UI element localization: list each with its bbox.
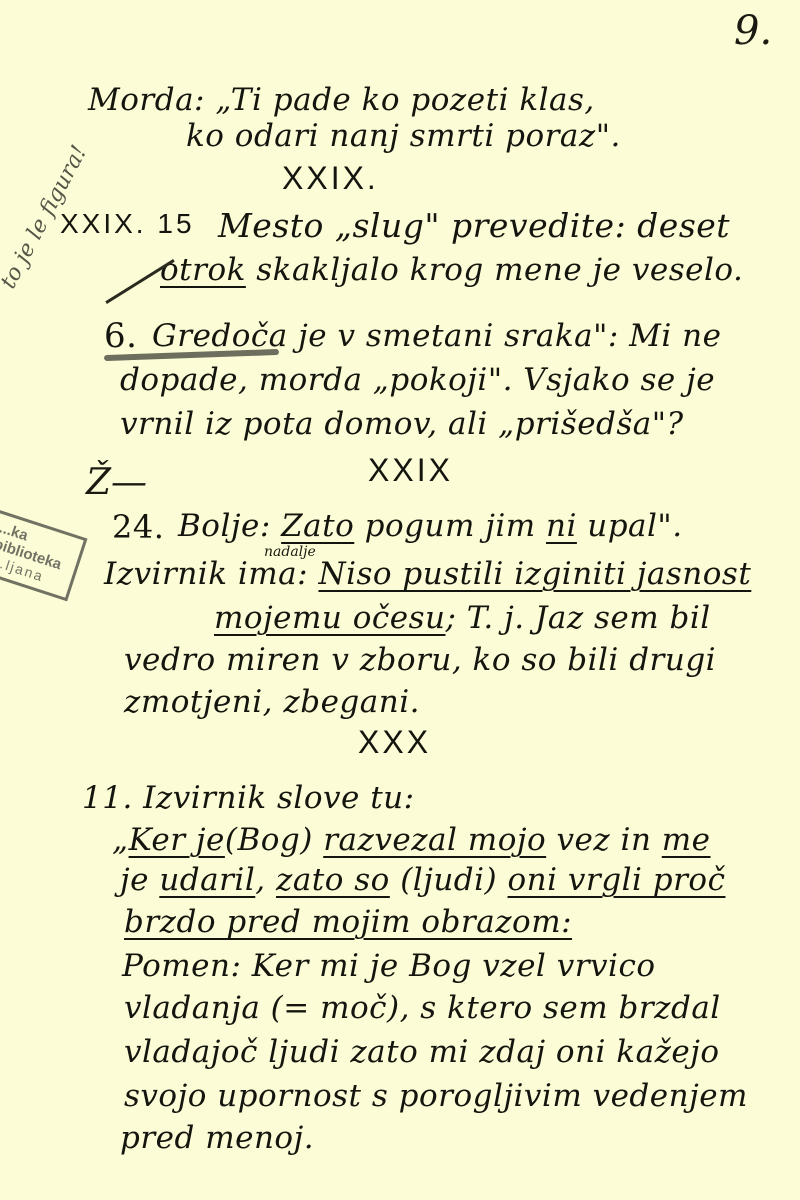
text-line: mojemu očesu; T. j. Jaz sem bil: [214, 600, 711, 636]
text-line: zmotjeni, zbegani.: [124, 684, 420, 720]
page-number: 9.: [734, 8, 772, 54]
section-heading: XXIX: [368, 452, 453, 489]
text-line: ko odari nanj smrti poraz".: [186, 118, 621, 154]
section-heading: XXIX.: [282, 160, 379, 197]
underlined-phrase: razvezal mojo: [323, 822, 546, 858]
text-segment: je: [120, 862, 159, 898]
underlined-word: me: [662, 822, 711, 858]
underlined-word: otrok: [160, 252, 246, 288]
underlined-word: udaril: [159, 862, 255, 898]
text-line: vladajoč ljudi zato mi zdaj oni kažejo: [124, 1034, 720, 1070]
underlined-phrase: oni vrgli proč: [508, 862, 726, 898]
underlined-phrase: Niso pustili izginiti jasnost: [318, 556, 751, 592]
underlined-word: ni: [546, 508, 577, 544]
text-segment: skakljalo krog mene je veselo.: [256, 252, 743, 288]
verse-number: XXIX. 15: [60, 208, 195, 240]
text-line: Pomen: Ker mi je Bog vzel vrvico: [122, 948, 655, 984]
underlined-phrase: zato so: [276, 862, 390, 898]
text-segment: Gredoča je: [152, 318, 327, 354]
text-segment: „: [112, 822, 129, 858]
manuscript-page: 9. Morda: „Ti pade ko pozeti klas, ko od…: [0, 0, 800, 1200]
text-segment: ,: [255, 862, 276, 898]
text-segment: vez in: [546, 822, 662, 858]
margin-mark: Ž—: [86, 462, 147, 503]
text-line: Gredoča je v smetani sraka": Mi ne: [152, 318, 722, 354]
text-segment: Izvirnik ima: [104, 556, 297, 592]
text-line: je udaril, zato so (ljudi) oni vrgli pro…: [120, 862, 725, 898]
text-line: Morda: „Ti pade ko pozeti klas,: [88, 82, 595, 118]
text-segment: :: [297, 556, 318, 592]
library-stamp: ...ka biblioteka ...ljana: [0, 505, 88, 602]
text-segment: v smetani sraka": Mi ne: [337, 318, 721, 354]
text-line: brzdo pred mojim obrazom:: [124, 904, 572, 940]
text-line: „Ker je(Bog) razvezal mojo vez in me: [112, 822, 711, 858]
section-heading: XXX: [358, 724, 431, 761]
text-line: svojo upornost s porogljivim vedenjem: [124, 1078, 748, 1114]
verse-number: 6.: [104, 316, 137, 356]
text-segment: upal".: [577, 508, 683, 544]
underlined-word: Zato: [281, 508, 354, 544]
text-line: Bolje: Zato pogum jim ni upal".: [178, 508, 683, 544]
text-line: Izvirnik ima: Niso pustili izginiti jasn…: [104, 556, 751, 592]
text-line: pred menoj.: [120, 1120, 314, 1156]
text-segment: Bolje:: [178, 508, 281, 544]
text-line: 11. Izvirnik slove tu:: [82, 780, 415, 816]
text-segment: pogum jim: [354, 508, 546, 544]
text-line: vrnil iz pota domov, ali „prišedša"?: [120, 406, 684, 442]
underlined-phrase: brzdo pred mojim obrazom:: [124, 904, 572, 940]
text-segment: (Bog): [225, 822, 323, 858]
text-line: otrok skakljalo krog mene je veselo.: [160, 252, 743, 288]
text-segment: (ljudi): [390, 862, 508, 898]
text-segment: ; T. j. Jaz sem bil: [445, 600, 710, 636]
verse-number: 24.: [112, 508, 164, 546]
text-line: vedro miren v zboru, ko so bili drugi: [124, 642, 716, 678]
text-line: dopade, morda „pokoji". Vsjako se je: [120, 362, 715, 398]
text-line: vladanja (= moč), s ktero sem brzdal: [124, 990, 721, 1026]
underlined-phrase: Ker je: [129, 822, 225, 858]
text-line: Mesto „slug" prevedite: deset: [218, 206, 730, 245]
underlined-phrase: mojemu očesu: [214, 600, 445, 636]
